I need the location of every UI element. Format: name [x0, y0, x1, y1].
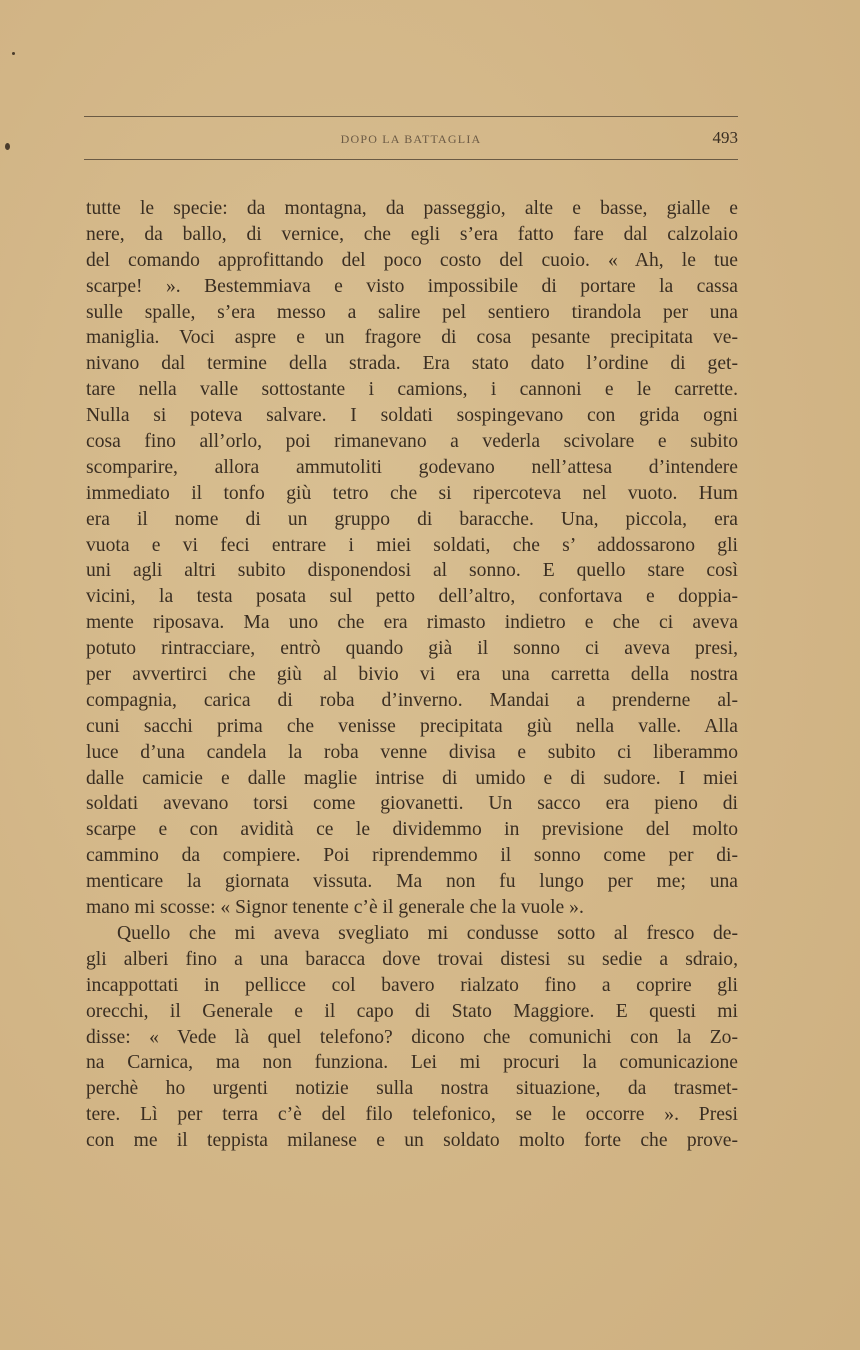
text-line-paragraph-start: Quello che mi aveva svegliato mi conduss… — [86, 921, 738, 947]
header-bottom-rule — [84, 159, 738, 160]
text-line: na Carnica, ma non funziona. Lei mi proc… — [86, 1050, 738, 1076]
text-line: sulle spalle, s’era messo a salire pel s… — [86, 300, 738, 326]
text-line: disse: « Vede là quel telefono? dicono c… — [86, 1025, 738, 1051]
text-line: cammino da compiere. Poi riprendemmo il … — [86, 843, 738, 869]
text-line: potuto rintracciare, entrò quando già il… — [86, 636, 738, 662]
page-speck — [5, 143, 10, 150]
text-line: menticare la giornata vissuta. Ma non fu… — [86, 869, 738, 895]
text-line: maniglia. Voci aspre e un fragore di cos… — [86, 325, 738, 351]
text-line: vuota e vi feci entrare i miei soldati, … — [86, 533, 738, 559]
text-line: vicini, la testa posata sul petto dell’a… — [86, 584, 738, 610]
page-number: 493 — [713, 128, 739, 148]
text-line: tare nella valle sottostante i camions, … — [86, 377, 738, 403]
text-line: nivano dal termine della strada. Era sta… — [86, 351, 738, 377]
text-line: era il nome di un gruppo di baracche. Un… — [86, 507, 738, 533]
text-line: perchè ho urgenti notizie sulla nostra s… — [86, 1076, 738, 1102]
text-line: dalle camicie e dalle maglie intrise di … — [86, 766, 738, 792]
text-line: per avvertirci che giù al bivio vi era u… — [86, 662, 738, 688]
text-line: mano mi scosse: « Signor tenente c’è il … — [86, 895, 738, 921]
header-top-rule — [84, 116, 738, 117]
text-line: orecchi, il Generale e il capo di Stato … — [86, 999, 738, 1025]
text-line: scarpe e con avidità ce le dividemmo in … — [86, 817, 738, 843]
body-text: tutte le specie: da montagna, da passegg… — [86, 196, 738, 1154]
text-line: scomparire, allora ammutoliti godevano n… — [86, 455, 738, 481]
text-line: tere. Lì per terra c’è del filo telefoni… — [86, 1102, 738, 1128]
text-line: luce d’una candela la roba venne divisa … — [86, 740, 738, 766]
text-line: immediato il tonfo giù tetro che si ripe… — [86, 481, 738, 507]
text-line: Nulla si poteva salvare. I soldati sospi… — [86, 403, 738, 429]
text-line: cosa fino all’orlo, poi rimanevano a ved… — [86, 429, 738, 455]
text-line: gli alberi fino a una baracca dove trova… — [86, 947, 738, 973]
text-line: del comando approfittando del poco costo… — [86, 248, 738, 274]
text-line: scarpe! ». Bestemmiava e visto impossibi… — [86, 274, 738, 300]
text-line: incappottati in pellicce col bavero rial… — [86, 973, 738, 999]
text-line: mente riposava. Ma uno che era rimasto i… — [86, 610, 738, 636]
text-line: soldati avevano torsi come giovanetti. U… — [86, 791, 738, 817]
text-line: con me il teppista milanese e un soldato… — [86, 1128, 738, 1154]
text-line: uni agli altri subito disponendosi al so… — [86, 558, 738, 584]
text-line: cuni sacchi prima che venisse precipitat… — [86, 714, 738, 740]
page-speck — [12, 52, 15, 55]
page-header: DOPO LA BATTAGLIA 493 — [84, 116, 738, 162]
text-line: tutte le specie: da montagna, da passegg… — [86, 196, 738, 222]
text-line: compagnia, carica di roba d’inverno. Man… — [86, 688, 738, 714]
running-title: DOPO LA BATTAGLIA — [84, 132, 738, 147]
text-line: nere, da ballo, di vernice, che egli s’e… — [86, 222, 738, 248]
